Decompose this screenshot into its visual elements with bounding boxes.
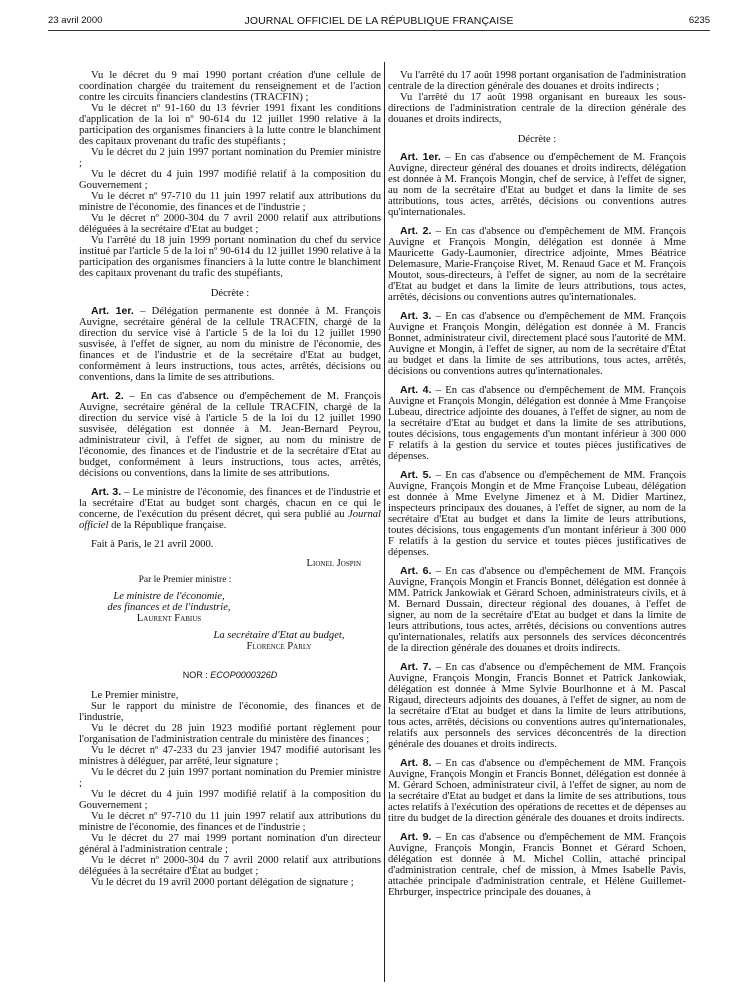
article: Art. 2. – En cas d'absence ou d'empêchem…: [388, 226, 686, 303]
article-text: – Délégation permanente est donnée à M. …: [79, 306, 381, 383]
vu-paragraph: Vu l'arrêté du 17 août 1998 organisant e…: [388, 92, 686, 125]
article-label: Art. 3.: [91, 486, 121, 498]
vu-paragraph: Vu le décret nº 2000-304 du 7 avril 2000…: [79, 213, 381, 235]
vu-paragraph: Vu le décret du 19 avril 2000 portant dé…: [79, 877, 381, 888]
article: Art. 2. – En cas d'absence ou d'empêchem…: [79, 391, 381, 479]
article-text: – En cas d'absence ou d'empêchement de M…: [388, 566, 686, 654]
article-label: Art. 2.: [400, 225, 431, 237]
article-text: – En cas d'absence ou d'empêchement de M…: [388, 385, 686, 462]
signatory-prime-minister: Lionel Jospin: [79, 558, 381, 569]
decrete-heading: Décrète :: [388, 134, 686, 145]
minister-name: Laurent Fabius: [79, 613, 259, 624]
fait-a-paris: Fait à Paris, le 21 avril 2000.: [79, 539, 381, 550]
article-label: Art. 5.: [400, 469, 431, 481]
nor-reference: NOR : ECOP0000326D: [79, 670, 381, 681]
article-text: – En cas d'absence ou d'empêchement de M…: [388, 311, 686, 377]
column-divider: [384, 62, 385, 982]
article: Art. 1er. – Délégation permanente est do…: [79, 306, 381, 383]
article-text: – En cas d'absence ou d'empêchement de M…: [388, 758, 686, 824]
article-text: – En cas d'absence ou d'empêchement de M…: [388, 226, 686, 303]
article-text: de la République française.: [108, 520, 226, 531]
article: Art. 5. – En cas d'absence ou d'empêchem…: [388, 470, 686, 558]
article-text: – En cas d'absence ou d'empêchement de M…: [388, 470, 686, 558]
header-rule: [48, 30, 710, 31]
article-text: – En cas d'absence ou d'empêchement de M…: [388, 832, 686, 898]
article: Art. 1er. – En cas d'absence ou d'empêch…: [388, 152, 686, 218]
article: Art. 3. – En cas d'absence ou d'empêchem…: [388, 311, 686, 377]
vu-paragraph: Vu l'arrêté du 18 juin 1999 portant nomi…: [79, 235, 381, 279]
article-text: – Le ministre de l'économie, des finance…: [79, 487, 381, 520]
right-column: Vu l'arrêté du 17 août 1998 portant orga…: [388, 70, 686, 898]
journal-title: JOURNAL OFFICIEL DE LA RÉPUBLIQUE FRANÇA…: [48, 15, 710, 27]
article-label: Art. 1er.: [400, 151, 441, 163]
article: Art. 8. – En cas d'absence ou d'empêchem…: [388, 758, 686, 824]
vu-paragraph: Vu le décret du 2 juin 1997 portant nomi…: [79, 147, 381, 169]
article-label: Art. 2.: [91, 390, 124, 402]
article: Art. 7. – En cas d'absence ou d'empêchem…: [388, 662, 686, 750]
article: Art. 3. – Le ministre de l'économie, des…: [79, 487, 381, 531]
vu-paragraph: Vu le décret nº 97-710 du 11 juin 1997 r…: [79, 191, 381, 213]
vu-paragraph: Vu le décret du 9 mai 1990 portant créat…: [79, 70, 381, 103]
decrete-heading: Décrète :: [79, 288, 381, 299]
vu-paragraph: Vu le décret nº 2000-304 du 7 avril 2000…: [79, 855, 381, 877]
article-text: – En cas d'absence ou d'empêchement de M…: [388, 662, 686, 750]
vu-paragraph: Vu le décret nº 91-160 du 13 février 199…: [79, 103, 381, 147]
vu-paragraph: Vu le décret du 4 juin 1997 modifié rela…: [79, 789, 381, 811]
left-column: Vu le décret du 9 mai 1990 portant créat…: [79, 70, 381, 888]
nor-code: ECOP0000326D: [210, 670, 277, 680]
par-le-premier-ministre: Par le Premier ministre :: [79, 575, 381, 586]
article-label: Art. 3.: [400, 310, 431, 322]
article-label: Art. 1er.: [91, 305, 134, 317]
article: Art. 6. – En cas d'absence ou d'empêchem…: [388, 566, 686, 654]
vu-paragraph: Vu le décret nº 47-233 du 23 janvier 194…: [79, 745, 381, 767]
article-text: – En cas d'absence ou d'empêchement de M…: [79, 391, 381, 479]
article-label: Art. 9.: [400, 831, 431, 843]
minister-title-line1: Le ministre de l'économie,: [79, 591, 259, 602]
minister-title-line2: des finances et de l'industrie,: [79, 602, 259, 613]
article-label: Art. 6.: [400, 565, 431, 577]
page-header: 23 avril 2000 JOURNAL OFFICIEL DE LA RÉP…: [48, 15, 710, 29]
article-label: Art. 7.: [400, 661, 431, 673]
article-label: Art. 4.: [400, 384, 431, 396]
vu-paragraph: Vu le décret du 2 juin 1997 portant nomi…: [79, 767, 381, 789]
vu-paragraph: Vu le décret nº 97-710 du 11 juin 1997 r…: [79, 811, 381, 833]
article-label: Art. 8.: [400, 757, 431, 769]
secretary-title: La secrétaire d'Etat au budget,: [179, 630, 379, 641]
article: Art. 4. – En cas d'absence ou d'empêchem…: [388, 385, 686, 462]
vu-paragraph: Vu le décret du 27 mai 1999 portant nomi…: [79, 833, 381, 855]
rapport-paragraph: Sur le rapport du ministre de l'économie…: [79, 701, 381, 723]
pm-intro: Le Premier ministre,: [79, 690, 381, 701]
vu-paragraph: Vu le décret du 4 juin 1997 modifié rela…: [79, 169, 381, 191]
secretary-name: Florence Parly: [179, 641, 379, 652]
nor-label: NOR :: [183, 670, 211, 680]
article: Art. 9. – En cas d'absence ou d'empêchem…: [388, 832, 686, 898]
page-number: 6235: [689, 15, 710, 26]
vu-paragraph: Vu l'arrêté du 17 août 1998 portant orga…: [388, 70, 686, 92]
vu-paragraph: Vu le décret du 28 juin 1923 modifié por…: [79, 723, 381, 745]
